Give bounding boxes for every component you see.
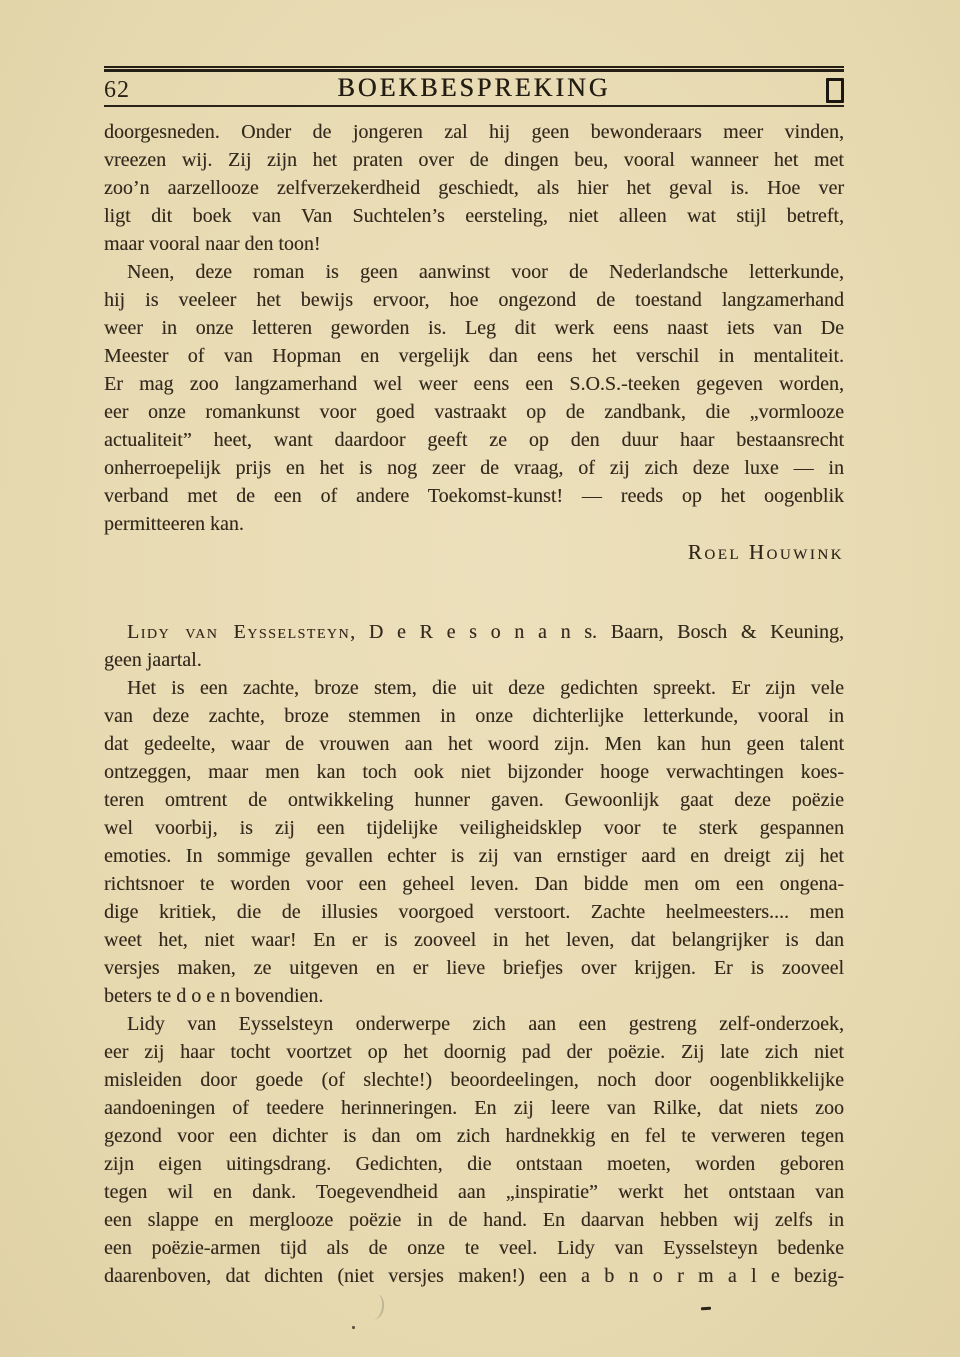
- author-name: Lidy van Eysselsteyn: [127, 621, 350, 643]
- text-line: een poëzie-armen tijd als de onze te vee…: [104, 1234, 844, 1262]
- text-line: aandoeningen of teedere herinneringen. E…: [104, 1094, 844, 1122]
- second-review-section: Lidy van Eysselsteyn, D e R e s o n a n …: [104, 618, 844, 1290]
- paper-speck-dash: [701, 1307, 711, 1311]
- text-line: versjes maken, ze uitgeven en er lieve b…: [104, 954, 844, 982]
- text-line: tegen wil en dank. Toegevendheid aan „in…: [104, 1178, 844, 1206]
- text-line: maar vooral naar den toon!: [104, 230, 844, 258]
- text-line: een slappe en merglooze poëzie in de han…: [104, 1206, 844, 1234]
- text-line: hij is veeleer het bewijs ervoor, hoe on…: [104, 286, 844, 314]
- page-content-column: 62 BOEKBESPREKING doorgesneden. Onder de…: [104, 0, 844, 1290]
- text-line: actualiteit” heet, want daardoor geeft z…: [104, 426, 844, 454]
- open-square-icon: [826, 78, 844, 103]
- running-header: 62 BOEKBESPREKING: [104, 72, 844, 107]
- text-line: weet het, niet waar! En er is zooveel in…: [104, 926, 844, 954]
- text-line: doorgesneden. Onder de jongeren zal hij …: [104, 118, 844, 146]
- heading-separator: ,: [350, 621, 369, 643]
- text-line: Er mag zoo langzamerhand wel weer eens e…: [104, 370, 844, 398]
- paper-speck-curve: [369, 1293, 385, 1321]
- text-line: verband met de een of andere Toekomst-ku…: [104, 482, 844, 510]
- text-line: richtsnoer te worden voor een geheel lev…: [104, 870, 844, 898]
- text-line: weer in onze letteren geworden is. Leg d…: [104, 314, 844, 342]
- text-line: teren omtrent de ontwikkeling hunner gav…: [104, 786, 844, 814]
- text-line: Neen, deze roman is geen aanwinst voor d…: [104, 258, 844, 286]
- text-line: Meester of van Hopman en vergelijk dan e…: [104, 342, 844, 370]
- text-line: dat gedeelte, waar de vrouwen aan het wo…: [104, 730, 844, 758]
- text-line: wel voorbij, is zij een tijdelijke veili…: [104, 814, 844, 842]
- text-line: zijn eigen uitingsdrang. Gedichten, die …: [104, 1150, 844, 1178]
- page-number: 62: [104, 75, 130, 105]
- text-line: misleiden door goede (of slechte!) beoor…: [104, 1066, 844, 1094]
- text-line: daarenboven, dat dichten (niet versjes m…: [104, 1262, 844, 1290]
- reviewer-signature: Roel Houwink: [104, 538, 844, 566]
- text-line: beters te d o e n bovendien.: [104, 982, 844, 1010]
- text-line: onherroepelijk prijs en het is nog zeer …: [104, 454, 844, 482]
- scanned-book-page: 62 BOEKBESPREKING doorgesneden. Onder de…: [0, 0, 960, 1357]
- text-line: ligt dit boek van Van Suchtelen’s eerste…: [104, 202, 844, 230]
- text-line: eer zij haar tocht voortzet op het doorn…: [104, 1038, 844, 1066]
- text-line: zoo’n aarzellooze zelfverzekerdheid gesc…: [104, 174, 844, 202]
- text-line: van deze zachte, broze stemmen in onze d…: [104, 702, 844, 730]
- publisher-info: Baarn, Bosch & Keuning,: [611, 621, 844, 643]
- text-line: permitteeren kan.: [104, 510, 844, 538]
- page-title: BOEKBESPREKING: [337, 73, 610, 103]
- text-line: gezond voor een dichter is dan om zich h…: [104, 1122, 844, 1150]
- paper-speck-dot: [352, 1326, 355, 1329]
- text-line: geen jaartal.: [104, 646, 844, 674]
- review-heading-line: Lidy van Eysselsteyn, D e R e s o n a n …: [104, 618, 844, 646]
- book-title-spaced: D e R e s o n a n s.: [369, 621, 611, 643]
- text-line: vreezen wij. Zij zijn het praten over de…: [104, 146, 844, 174]
- text-line: Het is een zachte, broze stem, die uit d…: [104, 674, 844, 702]
- text-line: dige kritiek, die de illusies voorgoed v…: [104, 898, 844, 926]
- text-line: emoties. In sommige gevallen echter is z…: [104, 842, 844, 870]
- text-line: eer onze romankunst voor goed vastraakt …: [104, 398, 844, 426]
- review-text-block: doorgesneden. Onder de jongeren zal hij …: [104, 118, 844, 1290]
- text-line: Lidy van Eysselsteyn onderwerpe zich aan…: [104, 1010, 844, 1038]
- text-line: ontzeggen, maar men kan toch ook niet bi…: [104, 758, 844, 786]
